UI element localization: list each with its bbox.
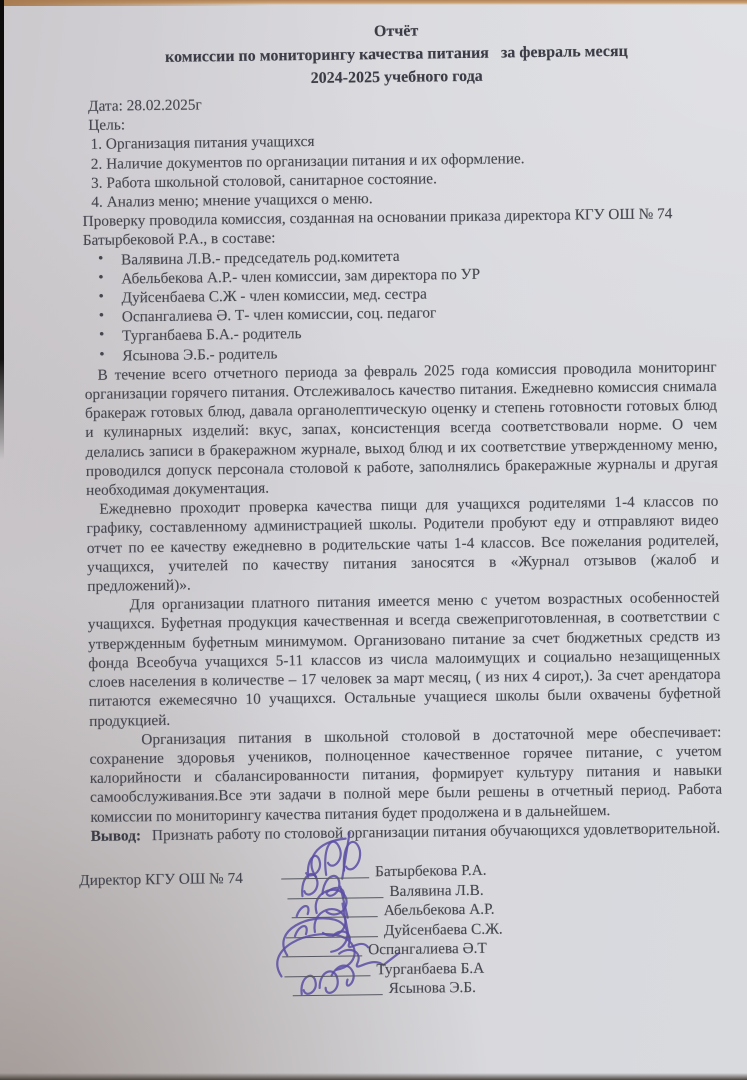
signer-name: Ясынова Э.Б. [389, 978, 477, 998]
signer-row: Валявина Л.В. [281, 880, 502, 902]
signer-name: Батырбекова Р.А. [375, 861, 487, 882]
signer-row: Турганбаева Б.А [282, 958, 503, 980]
paragraph-paid-meals: Для организации платного питания имеется… [87, 588, 721, 731]
signature-line [287, 897, 383, 899]
signer-name: Абельбекова А.Р. [384, 900, 495, 921]
report-body: Дата: 28.02.2025г Цель: 1. Организация п… [81, 89, 725, 1036]
signature-line [281, 878, 369, 880]
signature-line [292, 917, 378, 919]
paragraph-parents-check: Ежедневно проходит проверка качества пищ… [86, 492, 719, 596]
paragraph-monitoring: В течение всего отчетного периода за фев… [84, 358, 718, 501]
photo-bottom-edge [0, 1073, 747, 1080]
signer-name: Оспангалиева Ә.Т [368, 939, 487, 960]
table-edge-corner [0, 0, 270, 6]
signature-block: Директор КГУ ОШ № 74 [91, 858, 725, 1036]
signature-line [286, 936, 378, 938]
signer-rows: Батырбекова Р.А. Валявина Л.В. Абельбеко… [281, 860, 504, 999]
signer-name: Валявина Л.В. [389, 881, 483, 901]
signer-row: Дуйсенбаева С.Ж. [282, 919, 503, 941]
signer-row: Оспангалиева Ә.Т [282, 938, 503, 960]
director-label: Директор КГУ ОШ № 74 [79, 869, 243, 890]
signature-line [282, 956, 362, 958]
signer-name: Дуйсенбаева С.Ж. [384, 919, 503, 940]
signer-name: Турганбаева Б.А [376, 959, 484, 980]
report-document: Отчёт комиссии по мониторингу качества п… [80, 16, 725, 1036]
signer-row: Ясынова Э.Б. [283, 977, 504, 999]
signer-row: Батырбекова Р.А. [281, 860, 502, 882]
photo-left-edge [0, 0, 4, 460]
conclusion-label: Вывод: [91, 827, 142, 845]
signature-line [293, 995, 383, 997]
paragraph-summary: Организация питания в школьной столовой … [89, 722, 722, 826]
signature-line [284, 975, 370, 977]
document-photo: Отчёт комиссии по мониторингу качества п… [0, 0, 747, 1080]
commission-member-list: Валявина Л.В.- председатель род.комитета… [83, 242, 716, 365]
signer-row: Абельбекова А.Р. [282, 899, 503, 921]
